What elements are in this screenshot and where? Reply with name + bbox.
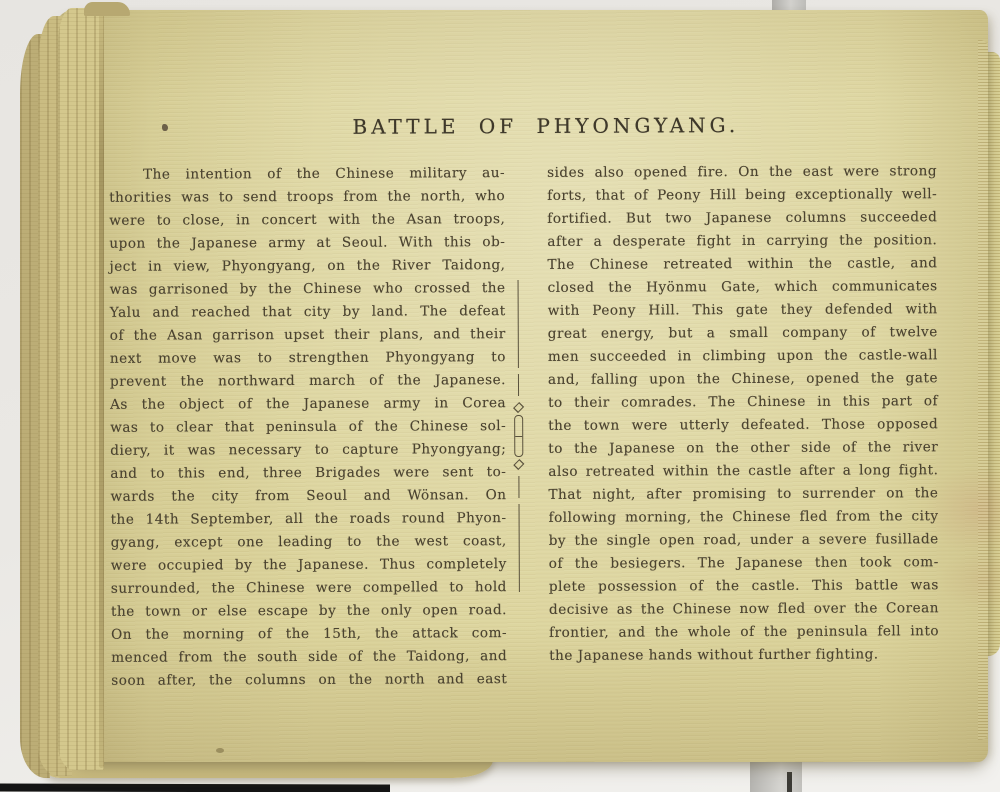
ornament-diamond-bottom [513, 459, 524, 470]
text-line: That night, after promising to surrender… [548, 482, 938, 507]
text-line: were occupied by the Japanese. Thus comp… [111, 553, 507, 578]
text-line: the 14th September, all the roads round … [111, 507, 507, 532]
text-line: upon the Japanese army at Seoul. With th… [109, 231, 505, 256]
text-line: forts, that of Peony Hill being exceptio… [547, 183, 937, 208]
text-line: and, falling upon the Chinese, opened th… [548, 367, 938, 392]
book-stand-edge [787, 772, 792, 792]
text-line: of the besiegers. The Japanese then took… [549, 551, 939, 576]
text-line: ject in view, Phyongyang, on the River T… [109, 254, 505, 279]
text-line: were to close, in concert with the Asan … [109, 208, 505, 233]
text-line: surrounded, the Chinese were compelled t… [111, 576, 507, 601]
text-line: thorities was to send troops from the no… [109, 185, 505, 210]
page-deckle-crease [99, 12, 104, 768]
text-line: wards the city from Seoul and Wönsan. On [110, 484, 506, 509]
text-line: by the single open road, under a severe … [549, 528, 939, 553]
ink-speck [162, 124, 168, 131]
ornament-capsule [514, 415, 523, 457]
text-line: sides also opened fire. On the east were… [547, 160, 937, 185]
text-line: The intention of the Chinese military au… [109, 162, 505, 187]
divider-dash-bottom [518, 476, 519, 498]
page-corner-nub [84, 2, 130, 16]
page-content: BATTLE OF PHYONGYANG. The intention of t… [56, 8, 989, 764]
text-line: prevent the northward march of the Japan… [110, 369, 506, 394]
scan-edge-shadow [0, 783, 390, 792]
divider-rule-bottom [518, 504, 519, 592]
book-page: BATTLE OF PHYONGYANG. The intention of t… [58, 10, 988, 762]
text-line: the town were utterly defeated. Those op… [548, 413, 938, 438]
text-line: and to this end, three Brigades were sen… [110, 461, 506, 486]
column-divider [513, 280, 524, 600]
text-line: after a desperate fight in carrying the … [547, 229, 937, 254]
text-line: plete possession of the castle. This bat… [549, 574, 939, 599]
text-line: The Chinese retreated within the castle,… [547, 252, 937, 277]
ink-speck [216, 748, 224, 753]
text-line: Yalu and reached that city by land. The … [110, 300, 506, 325]
book-scan: BATTLE OF PHYONGYANG. The intention of t… [0, 0, 1000, 792]
text-line: As the object of the Japanese army in Co… [110, 392, 506, 417]
text-line: the town or else escape by the only open… [111, 599, 507, 624]
text-line: diery, it was necessary to capture Phyon… [110, 438, 506, 463]
text-line: also retreated within the castle after a… [548, 459, 938, 484]
page-title: BATTLE OF PHYONGYANG. [81, 112, 1000, 140]
text-line: of the Asan garrison upset their plans, … [110, 323, 506, 348]
ornament-diamond-top [513, 402, 524, 413]
text-line: was to clear that peninsula of the Chine… [110, 415, 506, 440]
text-line: following morning, the Chinese fled from… [549, 505, 939, 530]
text-line: to the Japanese on the other side of the… [548, 436, 938, 461]
text-line: great energy, but a small company of twe… [548, 321, 938, 346]
divider-rule-top [517, 280, 518, 368]
text-line: to their comrades. The Chinese in this p… [548, 390, 938, 415]
text-line: frontier, and the whole of the peninsula… [549, 620, 939, 645]
text-line: was garrisoned by the Chinese who crosse… [110, 277, 506, 302]
left-column: The intention of the Chinese military au… [109, 162, 507, 693]
text-line: gyang, except one leading to the west co… [111, 530, 507, 555]
text-line: with Peony Hill. This gate they defended… [548, 298, 938, 323]
text-line: fortified. But two Japanese columns succ… [547, 206, 937, 231]
right-column: sides also opened fire. On the east were… [547, 160, 939, 668]
text-line: menced from the south side of the Taidon… [111, 645, 507, 670]
page-deckle-edge [58, 8, 104, 770]
text-line: On the morning of the 15th, the attack c… [111, 622, 507, 647]
text-line: next move was to strengthen Phyongyang t… [110, 346, 506, 371]
text-line: men succeeded in climbing upon the castl… [548, 344, 938, 369]
text-line: decisive as the Chinese now fled over th… [549, 597, 939, 622]
text-line: the Japanese hands without further fight… [549, 643, 939, 668]
text-line: closed the Hyönmu Gate, which communicat… [548, 275, 938, 300]
text-line: soon after, the columns on the north and… [111, 668, 507, 693]
divider-dash-top [517, 374, 518, 396]
